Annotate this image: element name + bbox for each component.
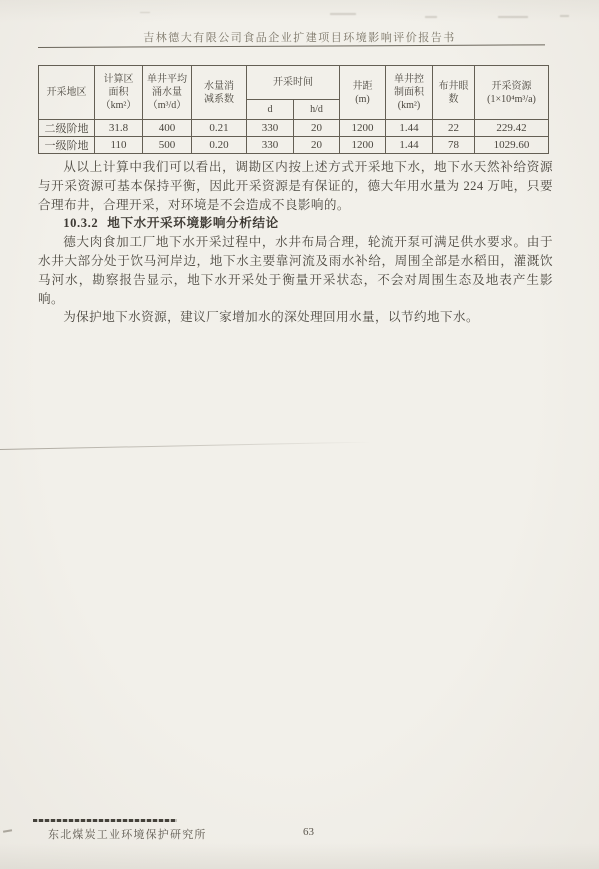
cell-well-count: 78 xyxy=(433,137,475,154)
cell-hours: 20 xyxy=(294,120,340,137)
col-header-resource: 开采资源 (1×10⁴m³/a) xyxy=(475,66,549,120)
col-header-mining-time: 开采时间 xyxy=(247,66,340,100)
cell-hours: 20 xyxy=(294,137,340,154)
cell-control-area: 1.44 xyxy=(386,137,433,154)
table-row-terrace-2: 二级阶地 31.8 400 0.21 330 20 1200 1.44 22 2… xyxy=(39,120,549,137)
scan-speck xyxy=(498,16,528,18)
cell-reduction: 0.20 xyxy=(192,137,247,154)
cell-calc-area: 110 xyxy=(95,137,143,154)
footer-rule xyxy=(33,819,177,822)
body-text-block: 从以上计算中我们可以看出，调勘区内按上述方式开采地下水，地下水天然补给资源与开采… xyxy=(38,158,553,327)
cell-well-count: 22 xyxy=(433,120,475,137)
col-header-calc-area: 计算区 面积 （km²） xyxy=(95,66,143,120)
col-header-days: d xyxy=(247,100,294,120)
scanned-document-page: 吉林德大有限公司食品企业扩建项目环境影响评价报告书 开采地区 计算区 面积 （k… xyxy=(0,0,599,869)
cell-resource: 229.42 xyxy=(475,120,549,137)
col-header-well-count: 布井眼 数 xyxy=(433,66,475,120)
cell-days: 330 xyxy=(247,137,294,154)
scan-speck xyxy=(140,12,150,13)
cell-reduction: 0.21 xyxy=(192,120,247,137)
col-header-mining-area: 开采地区 xyxy=(39,66,95,120)
page-header-title: 吉林德大有限公司食品企业扩建项目环境影响评价报告书 xyxy=(0,29,599,45)
cell-area: 二级阶地 xyxy=(39,120,95,137)
section-heading-10-3-2: 10.3.2地下水开采环境影响分析结论 xyxy=(38,214,553,233)
paragraph-impact-analysis: 德大肉食加工厂地下水开采过程中，水井布局合理，轮流开泵可满足供水要求。由于水井大… xyxy=(38,233,553,308)
scan-speck xyxy=(560,15,569,17)
cell-days: 330 xyxy=(247,120,294,137)
footer-page-number: 63 xyxy=(303,826,314,838)
cell-well-yield: 400 xyxy=(143,120,192,137)
section-title: 地下水开采环境影响分析结论 xyxy=(107,216,279,230)
col-header-well-spacing: 井距 (m) xyxy=(340,66,386,120)
col-header-control-area: 单井控 制面积 (km²) xyxy=(386,66,433,120)
scan-speck xyxy=(330,13,356,15)
cell-resource: 1029.60 xyxy=(475,137,549,154)
col-header-reduction-coef: 水量消 减系数 xyxy=(192,66,247,120)
table-row-terrace-1: 一级阶地 110 500 0.20 330 20 1200 1.44 78 10… xyxy=(39,137,549,154)
paragraph-recommendation: 为保护地下水资源，建议厂家增加水的深处理回用水量，以节约地下水。 xyxy=(38,308,553,327)
paper-crease-artifact xyxy=(0,441,374,450)
cell-spacing: 1200 xyxy=(340,137,386,154)
groundwater-extraction-table: 开采地区 计算区 面积 （km²） 单井平均 涌水量 （m³/d） 水量消 减系… xyxy=(38,65,549,154)
cell-well-yield: 500 xyxy=(143,137,192,154)
cell-area: 一级阶地 xyxy=(39,137,95,154)
cell-control-area: 1.44 xyxy=(386,120,433,137)
cell-calc-area: 31.8 xyxy=(95,120,143,137)
footer-organization: 东北煤炭工业环境保护研究所 xyxy=(48,826,207,842)
col-header-well-yield: 单井平均 涌水量 （m³/d） xyxy=(143,66,192,120)
scan-speck xyxy=(425,16,437,18)
cell-spacing: 1200 xyxy=(340,120,386,137)
scan-dash-artifact xyxy=(3,829,12,832)
section-number: 10.3.2 xyxy=(63,216,98,230)
paragraph-conclusion-calc: 从以上计算中我们可以看出，调勘区内按上述方式开采地下水，地下水天然补给资源与开采… xyxy=(38,158,553,214)
col-header-hours-per-day: h/d xyxy=(294,100,340,120)
